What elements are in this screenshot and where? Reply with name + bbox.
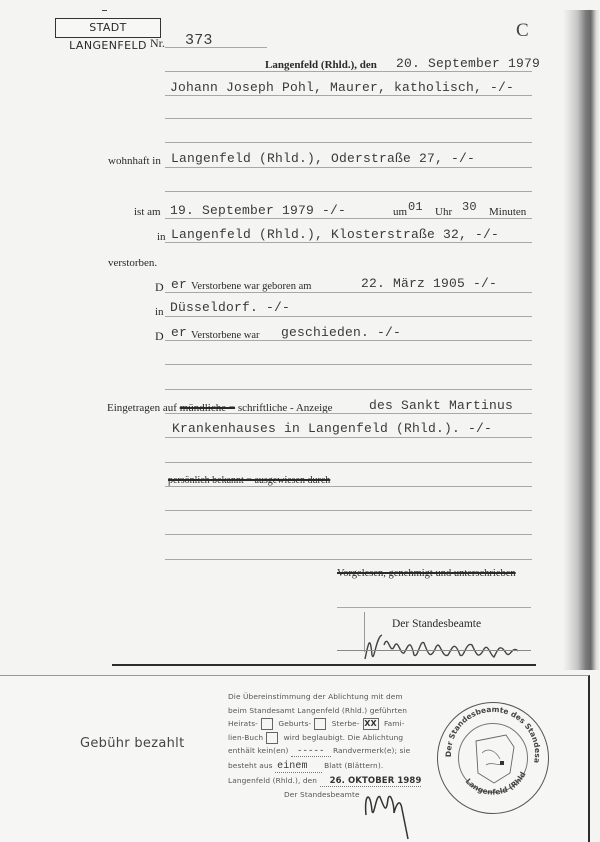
opt-marriage-label: Heirats- bbox=[228, 719, 258, 728]
office-stamp: STADT LANGENFELD bbox=[55, 18, 161, 38]
death-place-rule bbox=[165, 242, 532, 243]
marital-status: geschieden. -/- bbox=[281, 325, 401, 340]
contains-label: enthält kein(en) bbox=[228, 746, 289, 755]
minute-label: Minuten bbox=[489, 206, 526, 218]
cert-line-5: enthält kein(en) ----- Randvermerk(e); s… bbox=[228, 744, 421, 759]
status-rule bbox=[165, 340, 532, 341]
blank-rule-1 bbox=[165, 118, 532, 119]
died-on-label: ist am bbox=[134, 206, 161, 218]
blank-rule-5 bbox=[165, 389, 532, 390]
consists-label: besteht aus bbox=[228, 761, 273, 770]
seal-text-ring: Der Standesbeamte des Standesamts Langen… bbox=[438, 703, 548, 813]
svg-text:Der Standesbeamte des Standesa: Der Standesbeamte des Standesamts bbox=[438, 703, 542, 764]
record-date: 20. September 1979 bbox=[396, 56, 540, 71]
born-label: Verstorbene war geboren am bbox=[191, 281, 311, 292]
informant-line-1: des Sankt Martinus bbox=[369, 398, 513, 413]
stamp-mark bbox=[102, 10, 107, 11]
deceased-name: Johann Joseph Pohl, Maurer, katholisch, … bbox=[170, 80, 514, 95]
marriage-checkbox bbox=[261, 718, 273, 730]
blank-rule-4 bbox=[165, 364, 532, 365]
birth-checkbox bbox=[314, 718, 326, 730]
sheets-label: Blatt (Blättern). bbox=[324, 761, 383, 770]
residence-value: Langenfeld (Rhld.), Oderstraße 27, -/- bbox=[171, 151, 475, 166]
opt-family-label: Fami- bbox=[384, 719, 405, 728]
informant-rule-1 bbox=[165, 413, 532, 414]
date-rule bbox=[165, 71, 532, 72]
death-place: Langenfeld (Rhld.), Klosterstraße 32, -/… bbox=[171, 227, 499, 242]
family-book-checkbox bbox=[266, 732, 278, 744]
registrar-signature bbox=[360, 625, 535, 665]
blank-rule-3 bbox=[165, 191, 532, 192]
fee-paid-stamp: Gebühr bezahlt bbox=[80, 736, 184, 751]
residence-rule bbox=[165, 167, 532, 168]
seal-text-top: Der Standesbeamte des Standesamts bbox=[438, 703, 542, 764]
opt-death-label: Sterbe- bbox=[332, 719, 360, 728]
cert-line-1: Die Übereinstimmung der Ablichtung mit d… bbox=[228, 690, 421, 704]
birth-article: er bbox=[171, 277, 187, 292]
status-article: er bbox=[171, 325, 187, 340]
cert-line-3: Heirats- Geburts- Sterbe-XX Fami- bbox=[228, 717, 421, 731]
cert-line-6: besteht aus einem Blatt (Blättern). bbox=[228, 759, 421, 774]
opt-family-label-2: lien-Buch bbox=[228, 733, 263, 742]
number-label: Nr. bbox=[150, 36, 165, 51]
place-date-label: Langenfeld (Rhld.), den bbox=[265, 59, 377, 71]
verified-text: wird beglaubigt. Die Ablichtung bbox=[284, 733, 404, 742]
died-label: verstorben. bbox=[108, 257, 157, 269]
opt-birth-label: Geburts- bbox=[278, 719, 311, 728]
blank-rule-7 bbox=[165, 510, 532, 511]
certifying-signature bbox=[360, 775, 410, 842]
blank-rule-2 bbox=[165, 142, 532, 143]
signature-bottom-rule bbox=[337, 650, 531, 651]
blank-rule-8 bbox=[165, 534, 532, 535]
scan-edge-shadow bbox=[563, 10, 600, 670]
margin-notes-count: ----- bbox=[291, 746, 331, 757]
death-checkbox: XX bbox=[363, 718, 379, 730]
death-hour: 01 bbox=[408, 200, 423, 214]
corner-letter: C bbox=[516, 20, 529, 42]
cert-place-label: Langenfeld (Rhld.), den bbox=[228, 776, 317, 785]
time-at-label: um bbox=[393, 206, 407, 218]
born-in-label: in bbox=[155, 306, 164, 318]
death-date-rule bbox=[165, 218, 532, 219]
read-approved-struck: Vorgelesen, genehmigt und unterschrieben bbox=[337, 568, 516, 579]
birth-place: Düsseldorf. -/- bbox=[170, 300, 290, 315]
cert-line-4: lien-Buch wird beglaubigt. Die Ablichtun… bbox=[228, 731, 421, 745]
record-end-rule bbox=[112, 664, 536, 666]
name-rule bbox=[165, 95, 532, 96]
shield-icon bbox=[476, 735, 514, 783]
sheet-count: einem bbox=[275, 761, 322, 773]
hour-label: Uhr bbox=[435, 206, 452, 218]
birth-date: 22. März 1905 -/- bbox=[361, 276, 497, 291]
signature-top-rule bbox=[337, 607, 531, 608]
official-seal: Der Standesbeamte des Standesamts Langen… bbox=[437, 702, 549, 814]
informant-line-2: Krankenhauses in Langenfeld (Rhld.). -/- bbox=[172, 421, 492, 436]
residence-label-text: wohnhaft in bbox=[108, 155, 161, 167]
birth-place-rule bbox=[165, 316, 532, 317]
status-prefix: D bbox=[155, 329, 164, 344]
number-rule bbox=[165, 47, 267, 48]
informant-rule-2 bbox=[165, 437, 532, 438]
death-minute: 30 bbox=[462, 200, 477, 214]
cert-line-2: beim Standesamt Langenfeld (Rhld.) gefüh… bbox=[228, 704, 421, 718]
office-stamp-text: STADT LANGENFELD bbox=[56, 19, 160, 55]
margin-notes-label: Randvermerk(e); sie bbox=[333, 746, 410, 755]
birth-date-rule bbox=[165, 292, 532, 293]
death-date: 19. September 1979 -/- bbox=[170, 203, 346, 218]
identity-rule bbox=[165, 486, 532, 487]
blank-rule-6 bbox=[165, 462, 532, 463]
blank-rule-9 bbox=[165, 559, 532, 560]
birth-prefix: D bbox=[155, 280, 164, 295]
identity-struck: persönlich bekannt = ausgewiesen durch bbox=[168, 475, 330, 486]
